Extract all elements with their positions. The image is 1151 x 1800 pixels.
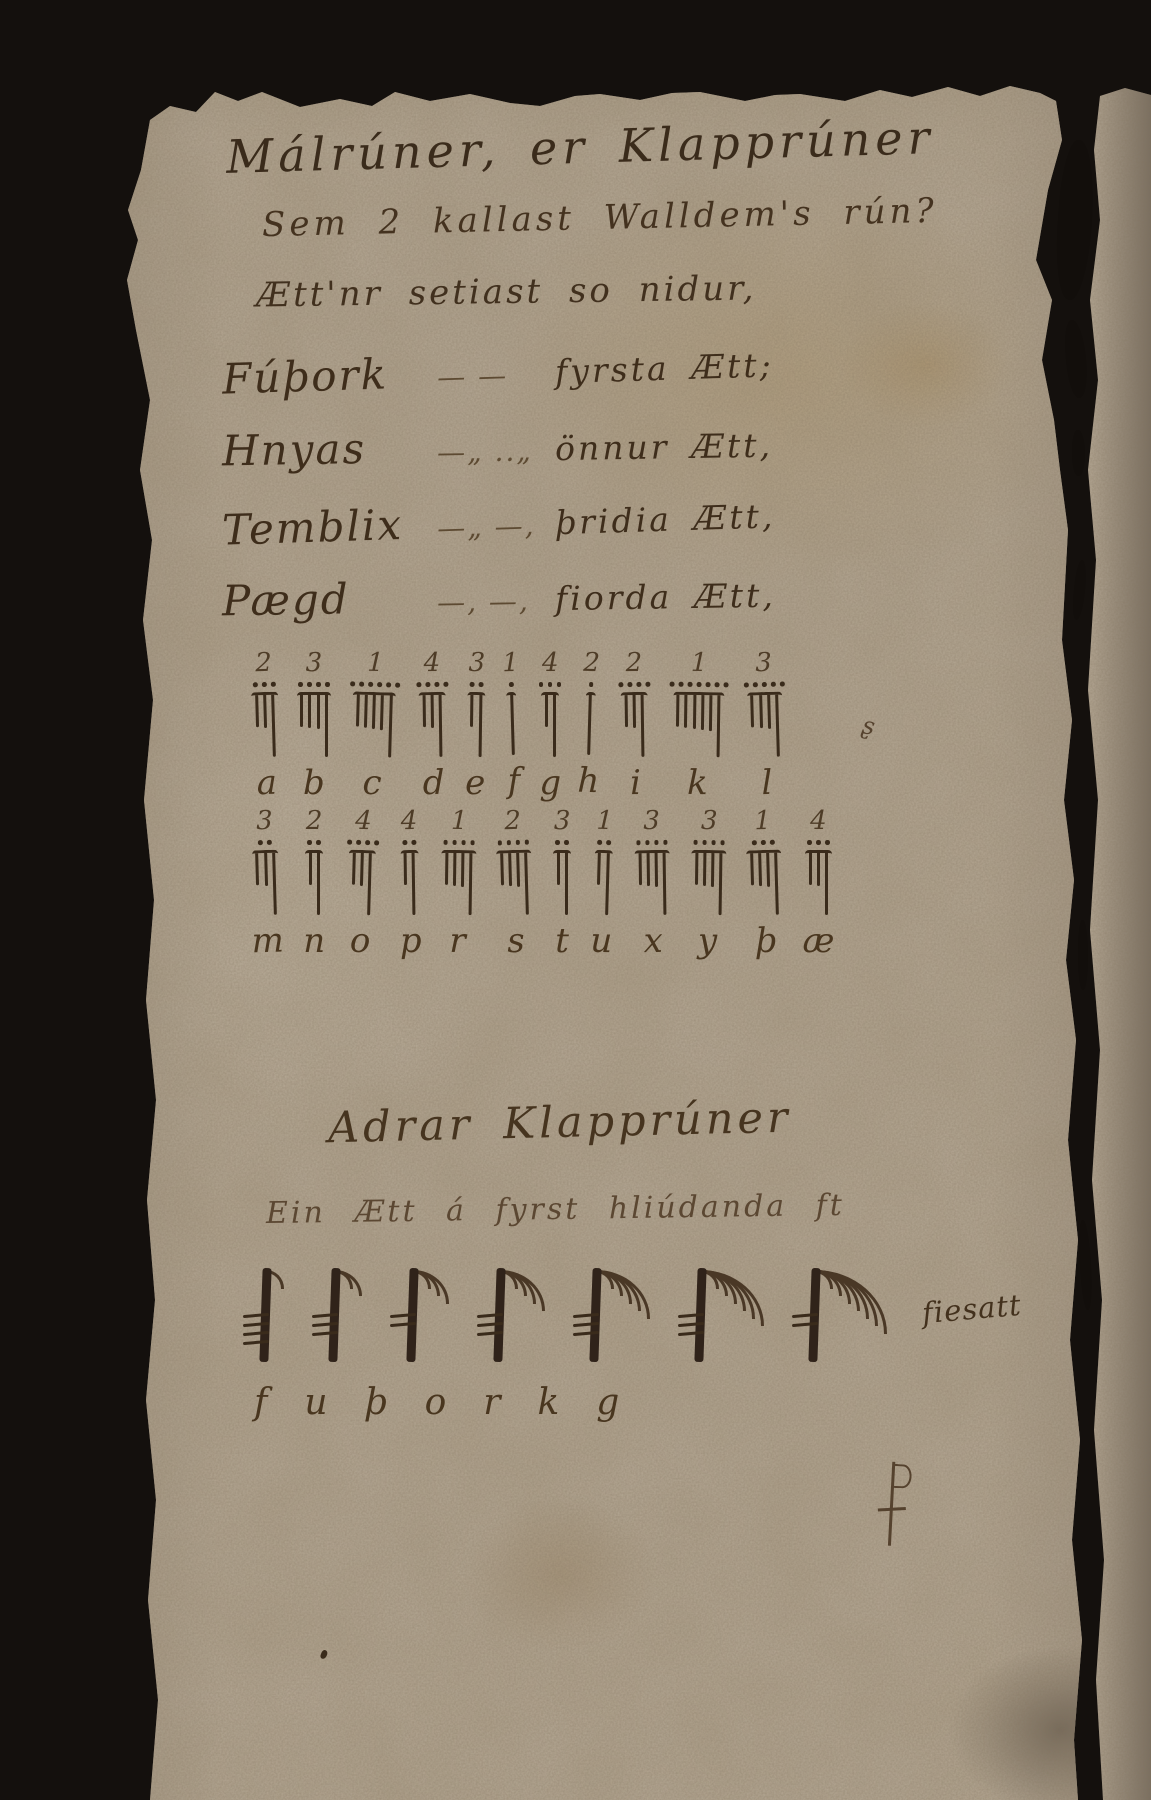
tally-rune-þ: 1þ bbox=[745, 806, 784, 962]
aett-number: 1 bbox=[754, 806, 771, 838]
tally-dots bbox=[298, 680, 330, 689]
tally-rune-l: 3l bbox=[743, 647, 788, 803]
tally-rune-p: 4p bbox=[398, 806, 422, 961]
tally-dots bbox=[693, 838, 725, 847]
p-rune-mark bbox=[874, 1461, 919, 1551]
tally-dots bbox=[539, 680, 562, 689]
latin-letter: d bbox=[422, 763, 444, 803]
aett-name: Pægd bbox=[222, 573, 438, 625]
aett-label: fyrsta Ætt; bbox=[554, 345, 774, 391]
aett-name: Fúþork bbox=[221, 348, 437, 404]
tally-strokes bbox=[553, 850, 571, 915]
page-subtitle: Sem 2 kallast Walldem's rún? bbox=[262, 191, 938, 245]
fan-letter-r: r bbox=[483, 1382, 500, 1423]
tally-strokes bbox=[348, 850, 376, 916]
latin-letter: o bbox=[349, 921, 371, 962]
tally-dots bbox=[307, 838, 321, 847]
tally-dots bbox=[744, 679, 785, 689]
tally-dots bbox=[498, 838, 530, 848]
tally-strokes bbox=[584, 692, 596, 755]
tally-rune-n: 2n bbox=[303, 806, 325, 961]
gutter-hole bbox=[1078, 920, 1088, 990]
latin-letter: m bbox=[251, 921, 284, 962]
fan-rune-letters: fuþorkg bbox=[254, 1382, 619, 1423]
fan-letter-f: f bbox=[254, 1382, 267, 1423]
tally-rune-e: 3e bbox=[465, 648, 487, 803]
tally-rune-m: 3m bbox=[248, 806, 285, 962]
aett-dashes: —, —, bbox=[437, 584, 556, 619]
latin-letter: s bbox=[507, 921, 526, 961]
tally-rune-y: 3y bbox=[690, 806, 727, 961]
tally-rune-i: 2i bbox=[618, 648, 652, 803]
latin-letter: g bbox=[539, 763, 561, 803]
tally-dots bbox=[470, 680, 484, 689]
fan-letter-g: g bbox=[596, 1382, 619, 1423]
latin-letter: b bbox=[303, 763, 325, 803]
fan-rune-o bbox=[490, 1268, 548, 1388]
aett-label: fiorda Ætt, bbox=[555, 576, 776, 618]
fan-rune-u bbox=[325, 1268, 365, 1388]
tally-rune-o: 4o bbox=[344, 806, 380, 962]
tally-rune-row-1: 2a3b1c4d3e1f4g2h2i1k3l bbox=[252, 648, 786, 803]
tally-strokes bbox=[352, 691, 397, 757]
tally-strokes bbox=[252, 850, 280, 916]
aett-dashes: —„ ..„ bbox=[437, 434, 556, 469]
aett-name: Hnyas bbox=[222, 423, 438, 475]
tally-dots bbox=[444, 838, 476, 847]
aett-label: þridia Ætt, bbox=[554, 496, 775, 542]
aett-line: Pægd—, —,fiorda Ætt, bbox=[222, 568, 776, 626]
flourish-mark: ʂ bbox=[860, 711, 877, 741]
tally-rune-s: 2s bbox=[495, 806, 534, 962]
p-rune-loop bbox=[893, 1464, 912, 1489]
page-title: Málrúner, er Klapprúner bbox=[225, 110, 935, 184]
fan-rune-r bbox=[586, 1268, 653, 1388]
ink-dot bbox=[320, 1649, 329, 1660]
aett-number: 2 bbox=[255, 648, 272, 680]
tally-rune-k: 1k bbox=[668, 648, 729, 804]
tally-rune-d: 4d bbox=[416, 648, 450, 803]
latin-letter: c bbox=[362, 763, 382, 804]
tally-strokes bbox=[400, 850, 419, 915]
latin-letter: u bbox=[590, 921, 613, 962]
tally-strokes bbox=[635, 850, 671, 915]
aett-number: 3 bbox=[701, 806, 718, 838]
aett-number: 4 bbox=[810, 806, 827, 838]
aett-number: 1 bbox=[690, 648, 707, 680]
fan-letter-o: o bbox=[425, 1382, 447, 1423]
tally-strokes bbox=[419, 692, 446, 757]
intro-line: Ætt'nr setiast so nidur, bbox=[256, 269, 757, 316]
tally-dots bbox=[636, 838, 668, 847]
tally-dots bbox=[752, 838, 775, 848]
latin-letter: y bbox=[698, 921, 718, 961]
latin-letter: t bbox=[555, 921, 569, 961]
tally-strokes bbox=[747, 692, 784, 758]
section-heading: Adrar Klapprúner bbox=[327, 1093, 792, 1154]
tally-rune-h: 2h bbox=[577, 648, 603, 802]
fan-letter-k: k bbox=[537, 1382, 559, 1423]
tally-strokes bbox=[691, 850, 727, 915]
tally-strokes bbox=[621, 692, 648, 757]
tally-rune-r: 1r bbox=[440, 806, 477, 961]
aett-number: 4 bbox=[400, 806, 417, 838]
aett-number: 1 bbox=[451, 806, 468, 838]
aett-number: 1 bbox=[502, 648, 519, 680]
tally-dots bbox=[598, 838, 612, 847]
latin-letter: æ bbox=[802, 921, 834, 961]
aett-line: Fúþork— —fyrsta Ætt; bbox=[221, 337, 774, 403]
latin-letter: f bbox=[507, 761, 521, 801]
manuscript-page: Málrúner, er Klapprúner Sem 2 kallast Wa… bbox=[0, 0, 1151, 1800]
aett-number: 3 bbox=[306, 648, 323, 680]
aett-label: önnur Ætt, bbox=[555, 426, 774, 468]
aett-number: 1 bbox=[596, 806, 613, 838]
tally-dots bbox=[253, 680, 276, 690]
latin-letter: i bbox=[630, 763, 641, 803]
fan-letter-u: u bbox=[304, 1382, 327, 1423]
gutter-hole bbox=[1071, 560, 1088, 621]
aett-number: 3 bbox=[469, 648, 486, 680]
latin-letter: h bbox=[577, 761, 600, 802]
latin-letter: k bbox=[687, 763, 708, 803]
latin-letter: e bbox=[465, 763, 486, 803]
latin-letter: r bbox=[450, 921, 467, 961]
aett-name: Temblix bbox=[221, 499, 437, 555]
aett-number: 2 bbox=[583, 648, 600, 680]
tally-rune-u: 1u bbox=[590, 806, 616, 962]
tally-rune-t: 3t bbox=[553, 806, 571, 961]
aett-line: Hnyas—„ ..„önnur Ætt, bbox=[222, 418, 774, 476]
tally-strokes bbox=[441, 850, 477, 915]
manuscript-photo: Málrúner, er Klapprúner Sem 2 kallast Wa… bbox=[0, 0, 1151, 1800]
tally-dots bbox=[807, 838, 830, 847]
tally-dots bbox=[669, 680, 728, 690]
section-line: Ein Ætt á fyrst hliúdanda ft bbox=[266, 1188, 845, 1231]
tally-rune-æ: 4æ bbox=[802, 806, 834, 961]
fan-rune-row bbox=[256, 1268, 890, 1388]
tally-strokes bbox=[467, 692, 486, 757]
tally-strokes bbox=[251, 692, 279, 758]
fan-rune-f bbox=[256, 1268, 287, 1388]
tally-strokes bbox=[507, 692, 519, 755]
tally-strokes bbox=[297, 692, 332, 757]
tally-strokes bbox=[805, 850, 832, 915]
tally-rune-x: 3x bbox=[634, 806, 671, 961]
aett-number: 3 bbox=[256, 806, 273, 838]
tally-strokes bbox=[672, 692, 724, 758]
tally-dots bbox=[402, 838, 416, 847]
latin-letter: a bbox=[256, 763, 277, 804]
gutter-hole bbox=[1063, 319, 1090, 398]
tally-rune-g: 4g bbox=[539, 648, 562, 803]
tally-dots bbox=[258, 838, 272, 847]
aett-number: 3 bbox=[755, 648, 772, 680]
aett-number: 4 bbox=[355, 806, 372, 838]
tally-rune-row-2: 3m2n4o4p1r2s3t1u3x3y1þ4æ bbox=[250, 806, 834, 961]
tally-dots bbox=[619, 680, 651, 689]
aett-number: 1 bbox=[367, 648, 384, 680]
aett-number: 3 bbox=[554, 806, 571, 838]
tally-rune-f: 1f bbox=[502, 648, 523, 801]
aett-number: 4 bbox=[542, 648, 559, 680]
aett-number: 3 bbox=[643, 806, 660, 838]
tally-strokes bbox=[593, 850, 613, 915]
aett-dashes: — — bbox=[437, 357, 556, 394]
gutter-hole bbox=[1078, 1220, 1094, 1310]
aett-number: 2 bbox=[626, 648, 643, 680]
latin-letter: n bbox=[303, 921, 325, 961]
latin-letter: l bbox=[761, 763, 773, 803]
aett-number: 2 bbox=[504, 806, 521, 838]
side-note: fiesatt bbox=[921, 1288, 1023, 1331]
fan-rune-g bbox=[805, 1268, 890, 1388]
tally-dots bbox=[416, 680, 448, 689]
tally-rune-c: 1c bbox=[347, 647, 401, 803]
gutter-hole bbox=[1052, 139, 1097, 301]
tally-strokes bbox=[541, 692, 559, 757]
tally-rune-a: 2a bbox=[250, 648, 281, 804]
tally-rune-b: 3b bbox=[297, 648, 332, 803]
tally-dots bbox=[350, 679, 400, 689]
gutter-hole bbox=[1072, 430, 1085, 476]
tally-dots bbox=[555, 838, 569, 847]
aett-number: 4 bbox=[423, 648, 440, 680]
aett-number: 2 bbox=[306, 806, 323, 838]
aett-dashes: —„ —, bbox=[437, 508, 556, 545]
tally-dots bbox=[347, 838, 379, 848]
tally-dots bbox=[589, 680, 594, 689]
fan-letter-þ: þ bbox=[365, 1382, 388, 1423]
latin-letter: p bbox=[399, 921, 421, 961]
latin-letter: þ bbox=[754, 921, 777, 962]
tally-strokes bbox=[496, 850, 533, 916]
fan-rune-k bbox=[691, 1268, 767, 1388]
aett-line: Temblix—„ —,þridia Ætt, bbox=[221, 488, 776, 554]
tally-dots bbox=[509, 680, 514, 689]
tally-strokes bbox=[746, 850, 783, 916]
fan-rune-þ bbox=[403, 1268, 452, 1388]
latin-letter: x bbox=[644, 921, 664, 961]
tally-strokes bbox=[305, 850, 323, 915]
